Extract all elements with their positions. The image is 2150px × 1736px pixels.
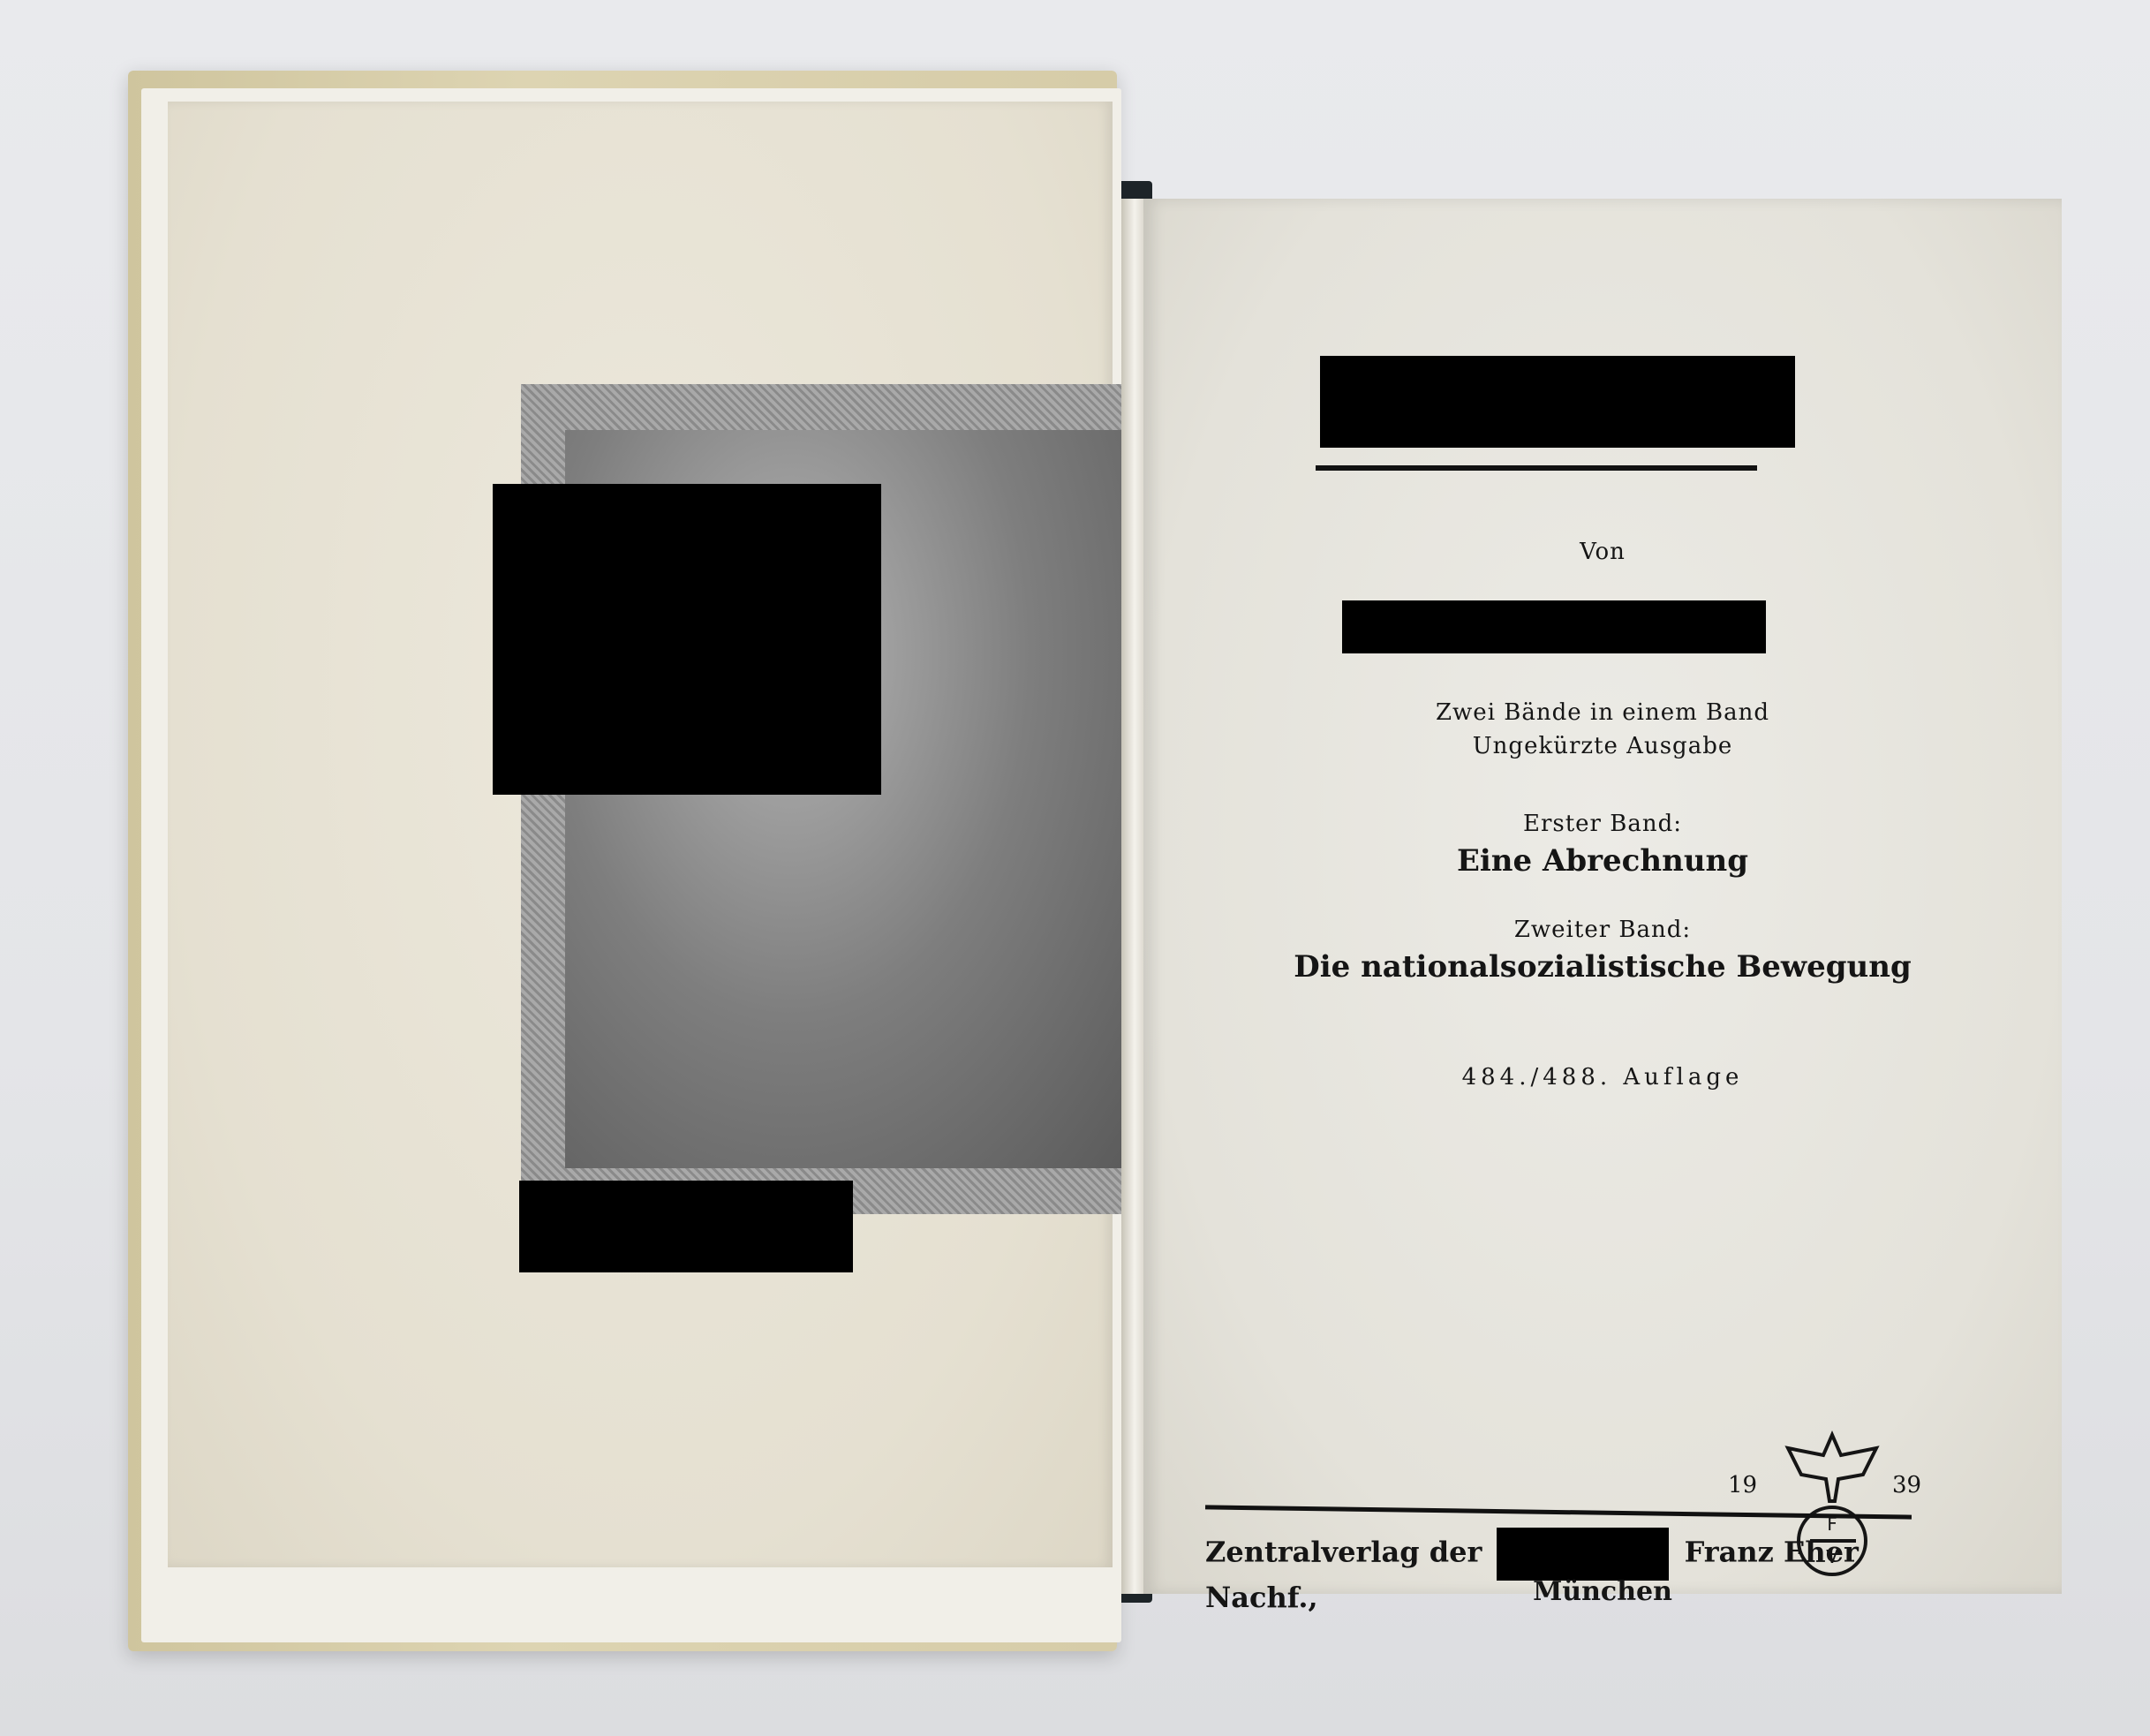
printing-line: 484./488. Auflage [1143,1064,2062,1091]
redacted-publisher-part [1497,1528,1669,1581]
volume-2-title: Die nationalsozialistische Bewegung [1143,949,2062,985]
volume-2-label: Zweiter Band: [1143,917,2062,943]
redacted-signature [519,1181,853,1272]
by-label: Von [1143,539,2062,565]
redacted-title [1320,356,1795,448]
publisher-prefix: Zentralverlag der [1205,1536,1482,1569]
volume-1-label: Erster Band: [1143,811,2062,837]
title-rule [1316,465,1757,471]
redacted-portrait-face [493,484,881,795]
volume-1-title: Eine Abrechnung [1143,843,2062,879]
left-page [168,102,1113,1567]
redacted-author [1342,600,1766,653]
edition-line-1: Zwei Bände in einem Band [1143,699,2062,726]
publisher-city: München [1143,1576,2062,1607]
title-page: Von Zwei Bände in einem Band Ungekürzte … [1143,199,2062,1594]
edition-line-2: Ungekürzte Ausgabe [1143,733,2062,759]
year-left: 19 [1728,1472,1757,1498]
year-right: 39 [1892,1472,1921,1498]
publisher-line: Zentralverlag der Franz Eher Nachf., [1205,1528,1938,1572]
